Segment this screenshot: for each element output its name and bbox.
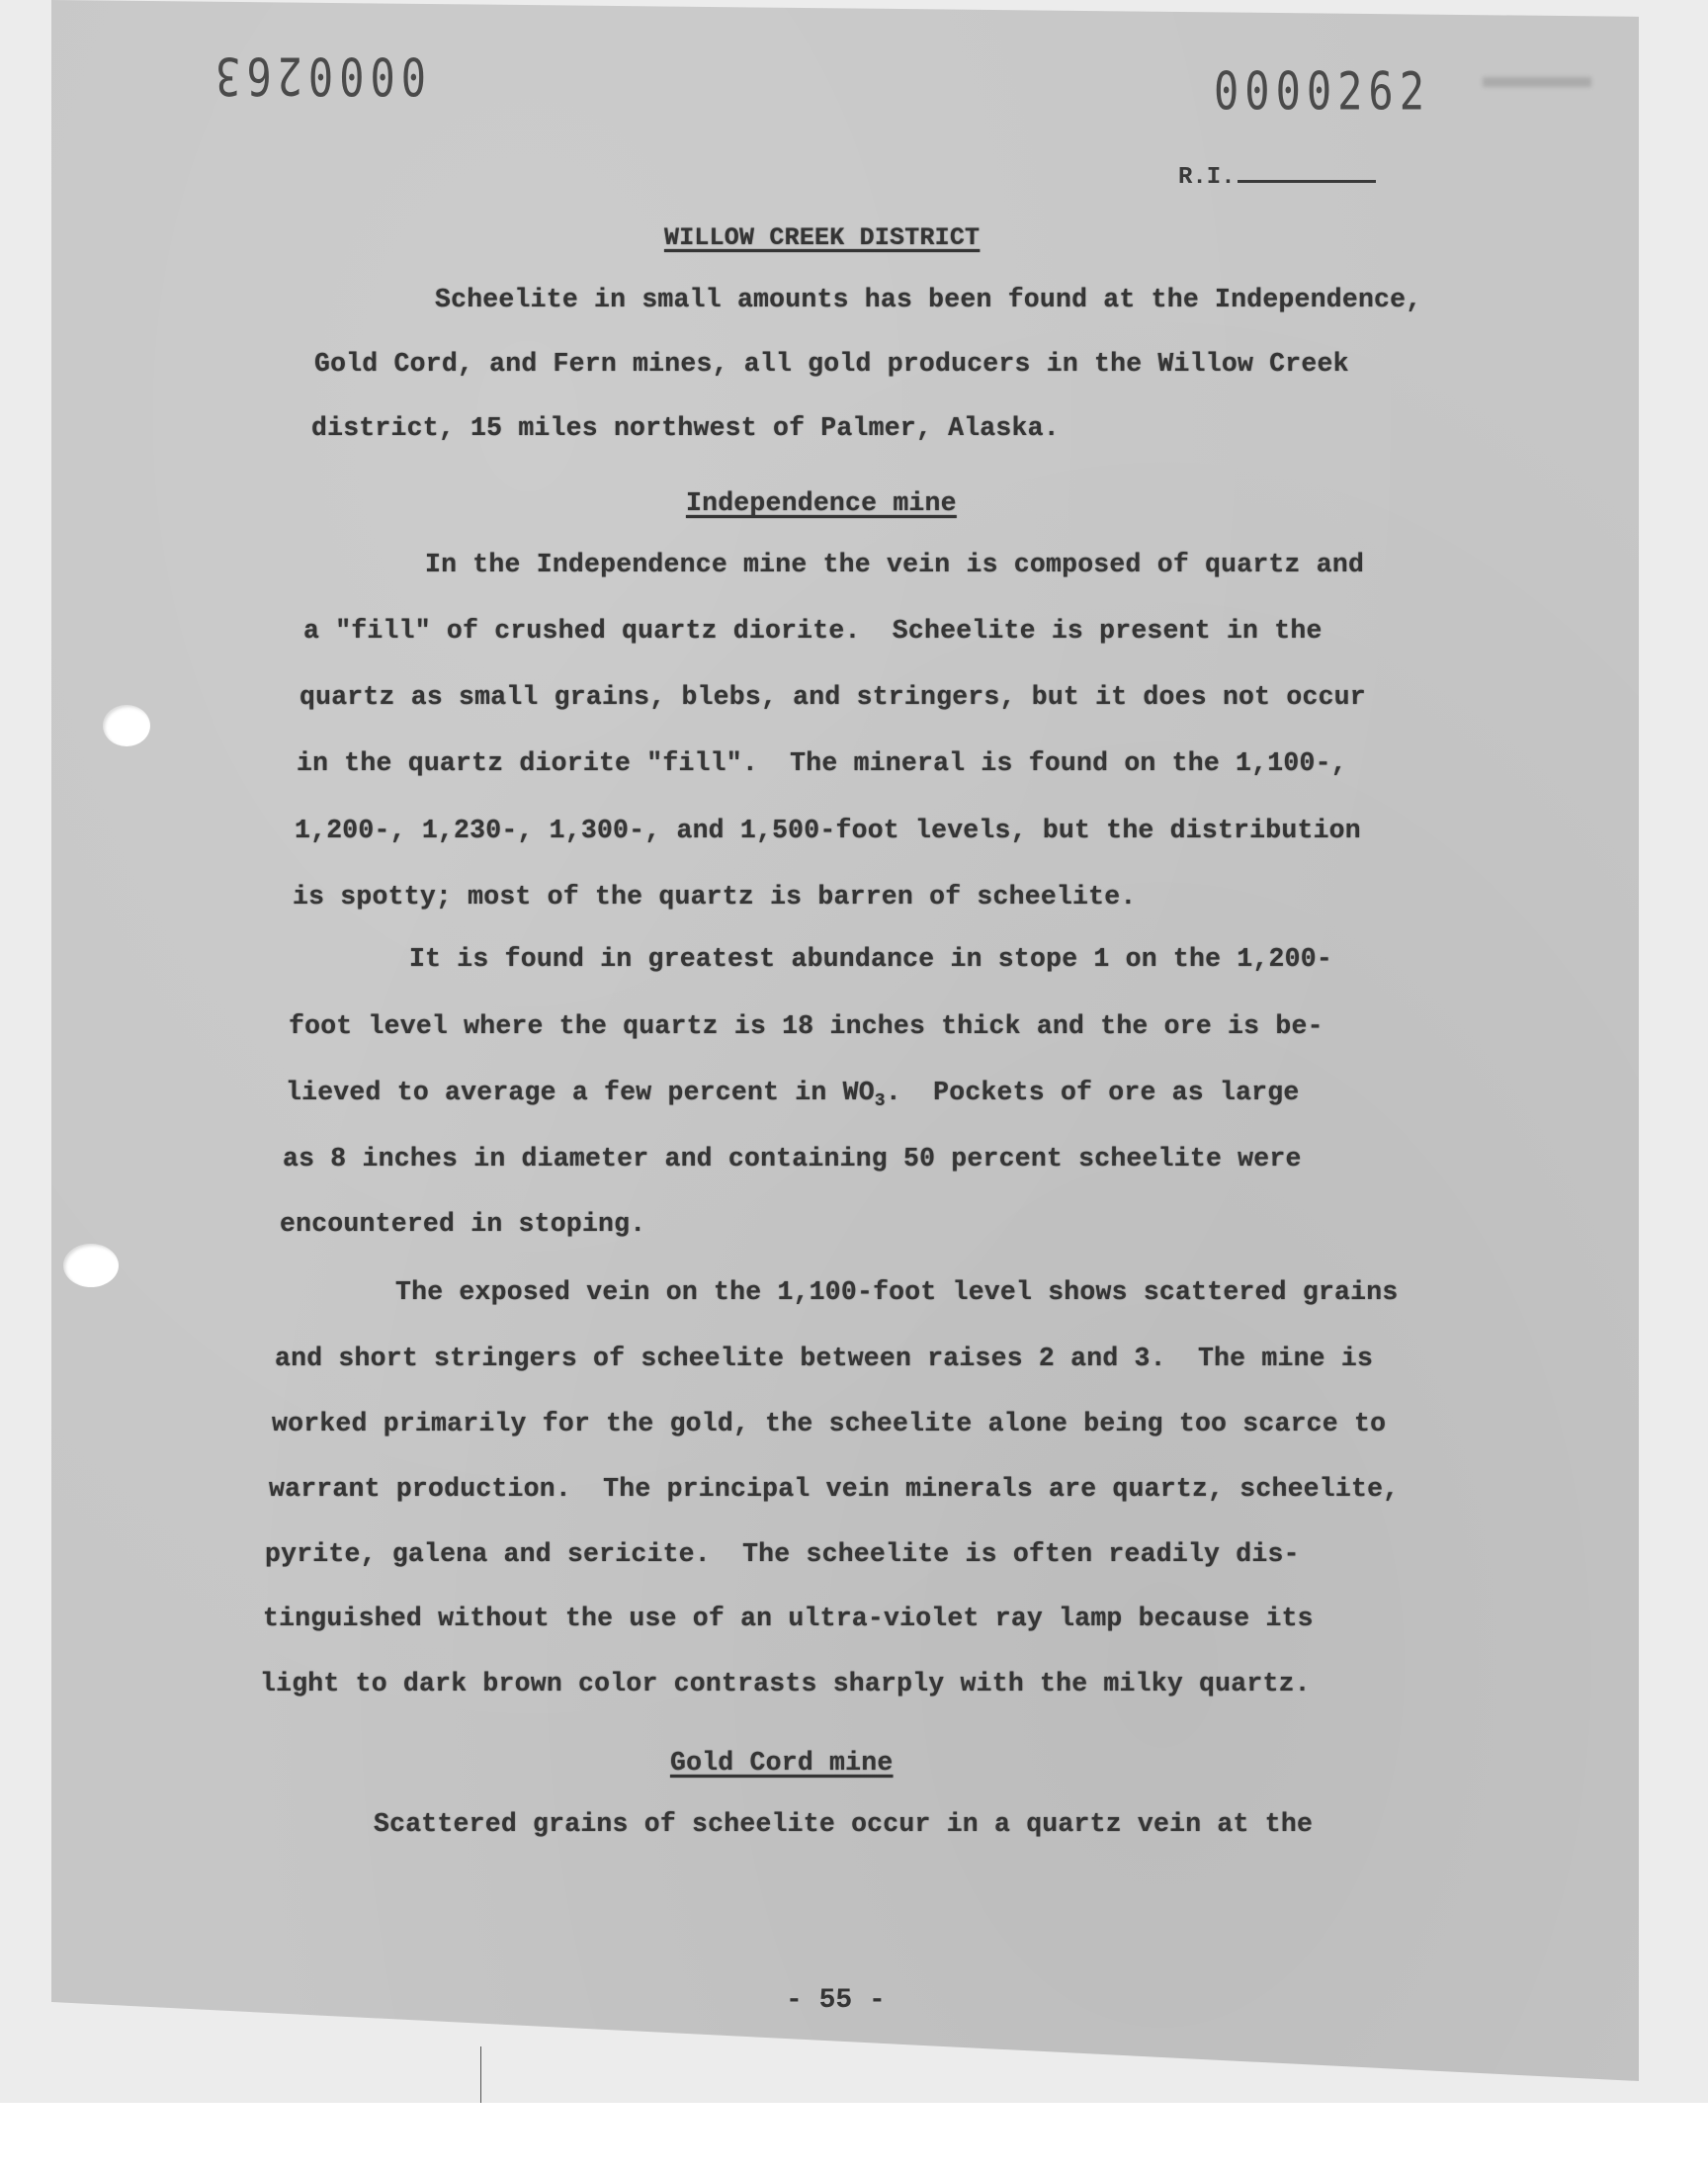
page-title: WILLOW CREEK DISTRICT	[664, 223, 980, 252]
section-heading-gold-cord: Gold Cord mine	[670, 1748, 893, 1778]
stamp-top-right: 0000262	[1214, 61, 1430, 122]
wo3-sentence-start: lieved to average a few percent in WO	[286, 1078, 875, 1107]
independence-p3-line-5: pyrite, galena and sericite. The scheeli…	[265, 1539, 1300, 1569]
independence-p2-line-4: as 8 inches in diameter and containing 5…	[283, 1144, 1302, 1174]
section-heading-independence: Independence mine	[686, 488, 957, 518]
intro-line-3: district, 15 miles northwest of Palmer, …	[311, 413, 1060, 443]
independence-p1-line-4: in the quartz diorite "fill". The minera…	[297, 748, 1347, 778]
independence-p1-line-3: quartz as small grains, blebs, and strin…	[299, 682, 1366, 712]
independence-p1-line-2: a "fill" of crushed quartz diorite. Sche…	[303, 616, 1323, 646]
ink-smudge	[1483, 77, 1591, 87]
wo3-subscript: 3	[875, 1091, 886, 1111]
independence-p2-line-5: encountered in stoping.	[280, 1209, 645, 1239]
independence-p2-line-2: foot level where the quartz is 18 inches…	[289, 1011, 1324, 1041]
independence-p2-line-3: lieved to average a few percent in WO3. …	[286, 1078, 1299, 1111]
independence-p3-line-2: and short stringers of scheelite between…	[275, 1344, 1373, 1373]
page-number: - 55 -	[786, 1985, 886, 2016]
intro-line-1: Scheelite in small amounts has been foun…	[435, 285, 1421, 314]
gold-cord-p1-line-1: Scattered grains of scheelite occur in a…	[374, 1809, 1313, 1839]
stamp-top-left-inverted: 0000263	[210, 45, 426, 106]
independence-p3-line-1: The exposed vein on the 1,100-foot level…	[395, 1277, 1398, 1307]
report-label: R.I.	[1178, 164, 1236, 191]
independence-p3-line-7: light to dark brown color contrasts shar…	[260, 1669, 1311, 1698]
independence-p1-line-1: In the Independence mine the vein is com…	[425, 550, 1364, 579]
wo3-sentence-tail: . Pockets of ore as large	[886, 1078, 1300, 1107]
independence-p1-line-6: is spotty; most of the quartz is barren …	[293, 882, 1136, 912]
intro-line-2: Gold Cord, and Fern mines, all gold prod…	[314, 349, 1349, 379]
independence-p3-line-3: worked primarily for the gold, the schee…	[272, 1409, 1386, 1438]
independence-p3-line-4: warrant production. The principal vein m…	[269, 1474, 1399, 1504]
punch-hole-bottom	[63, 1244, 119, 1287]
independence-p3-line-6: tinguished without the use of an ultra-v…	[263, 1604, 1314, 1633]
report-number-blank	[1238, 180, 1376, 183]
independence-p2-line-1: It is found in greatest abundance in sto…	[409, 944, 1332, 974]
independence-p1-line-5: 1,200-, 1,230-, 1,300-, and 1,500-foot l…	[295, 816, 1361, 845]
scan-artifact-line	[480, 2046, 481, 2103]
punch-hole-top	[103, 705, 150, 746]
report-number-field: R.I.	[1178, 164, 1376, 191]
